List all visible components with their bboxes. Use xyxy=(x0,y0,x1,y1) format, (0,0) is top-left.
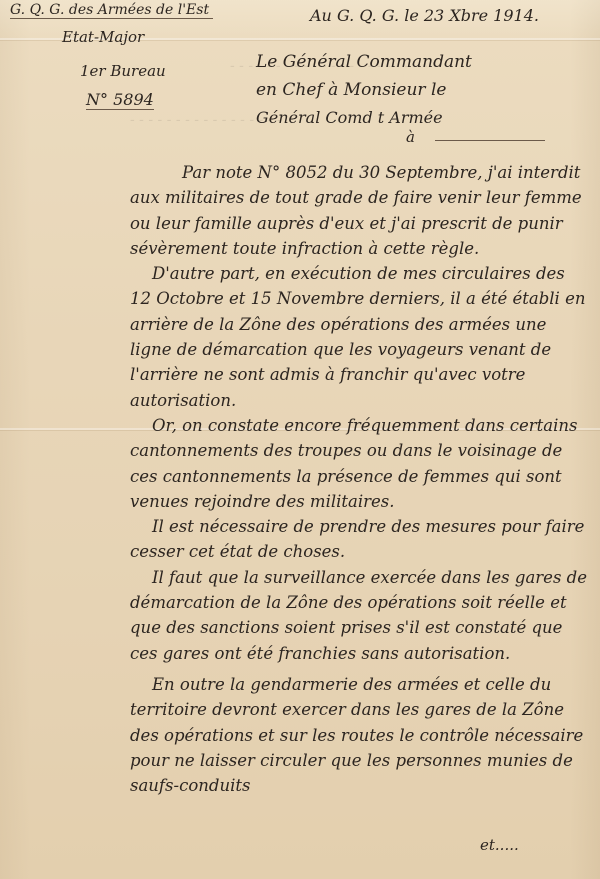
address-blank-line xyxy=(435,128,545,141)
paragraph: Il est nécessaire de prendre des mesures… xyxy=(130,514,590,565)
reference-number: N° 5894 xyxy=(86,90,154,110)
paragraph: D'autre part, en exécution de mes circul… xyxy=(130,261,590,413)
hq-label: G. Q. G. des Armées de l'Est xyxy=(10,2,213,19)
addressee-line-1: Le Général Commandant xyxy=(256,52,472,72)
bureau-label: 1er Bureau xyxy=(80,62,166,80)
addressee-line-2: en Chef à Monsieur le xyxy=(256,80,446,100)
paragraph: Or, on constate encore fréquemment dans … xyxy=(130,413,590,514)
etat-major-label: Etat-Major xyxy=(62,28,144,46)
letter-page: - - - - - - - - - - - - - - - - - - - - … xyxy=(0,0,600,879)
addressee-line-3: Général Comd t Armée xyxy=(256,108,443,127)
paragraph: Par note N° 8052 du 30 Septembre, j'ai i… xyxy=(130,160,590,261)
closing-continuation: et..... xyxy=(480,836,519,854)
place-date: Au G. Q. G. le 23 Xbre 1914. xyxy=(310,6,539,25)
paragraph: Il faut que la surveillance exercée dans… xyxy=(130,565,590,666)
paragraph: En outre la gendarmerie des armées et ce… xyxy=(130,672,590,798)
letter-body: Par note N° 8052 du 30 Septembre, j'ai i… xyxy=(130,160,590,798)
addressee-line-4: à xyxy=(406,128,415,146)
